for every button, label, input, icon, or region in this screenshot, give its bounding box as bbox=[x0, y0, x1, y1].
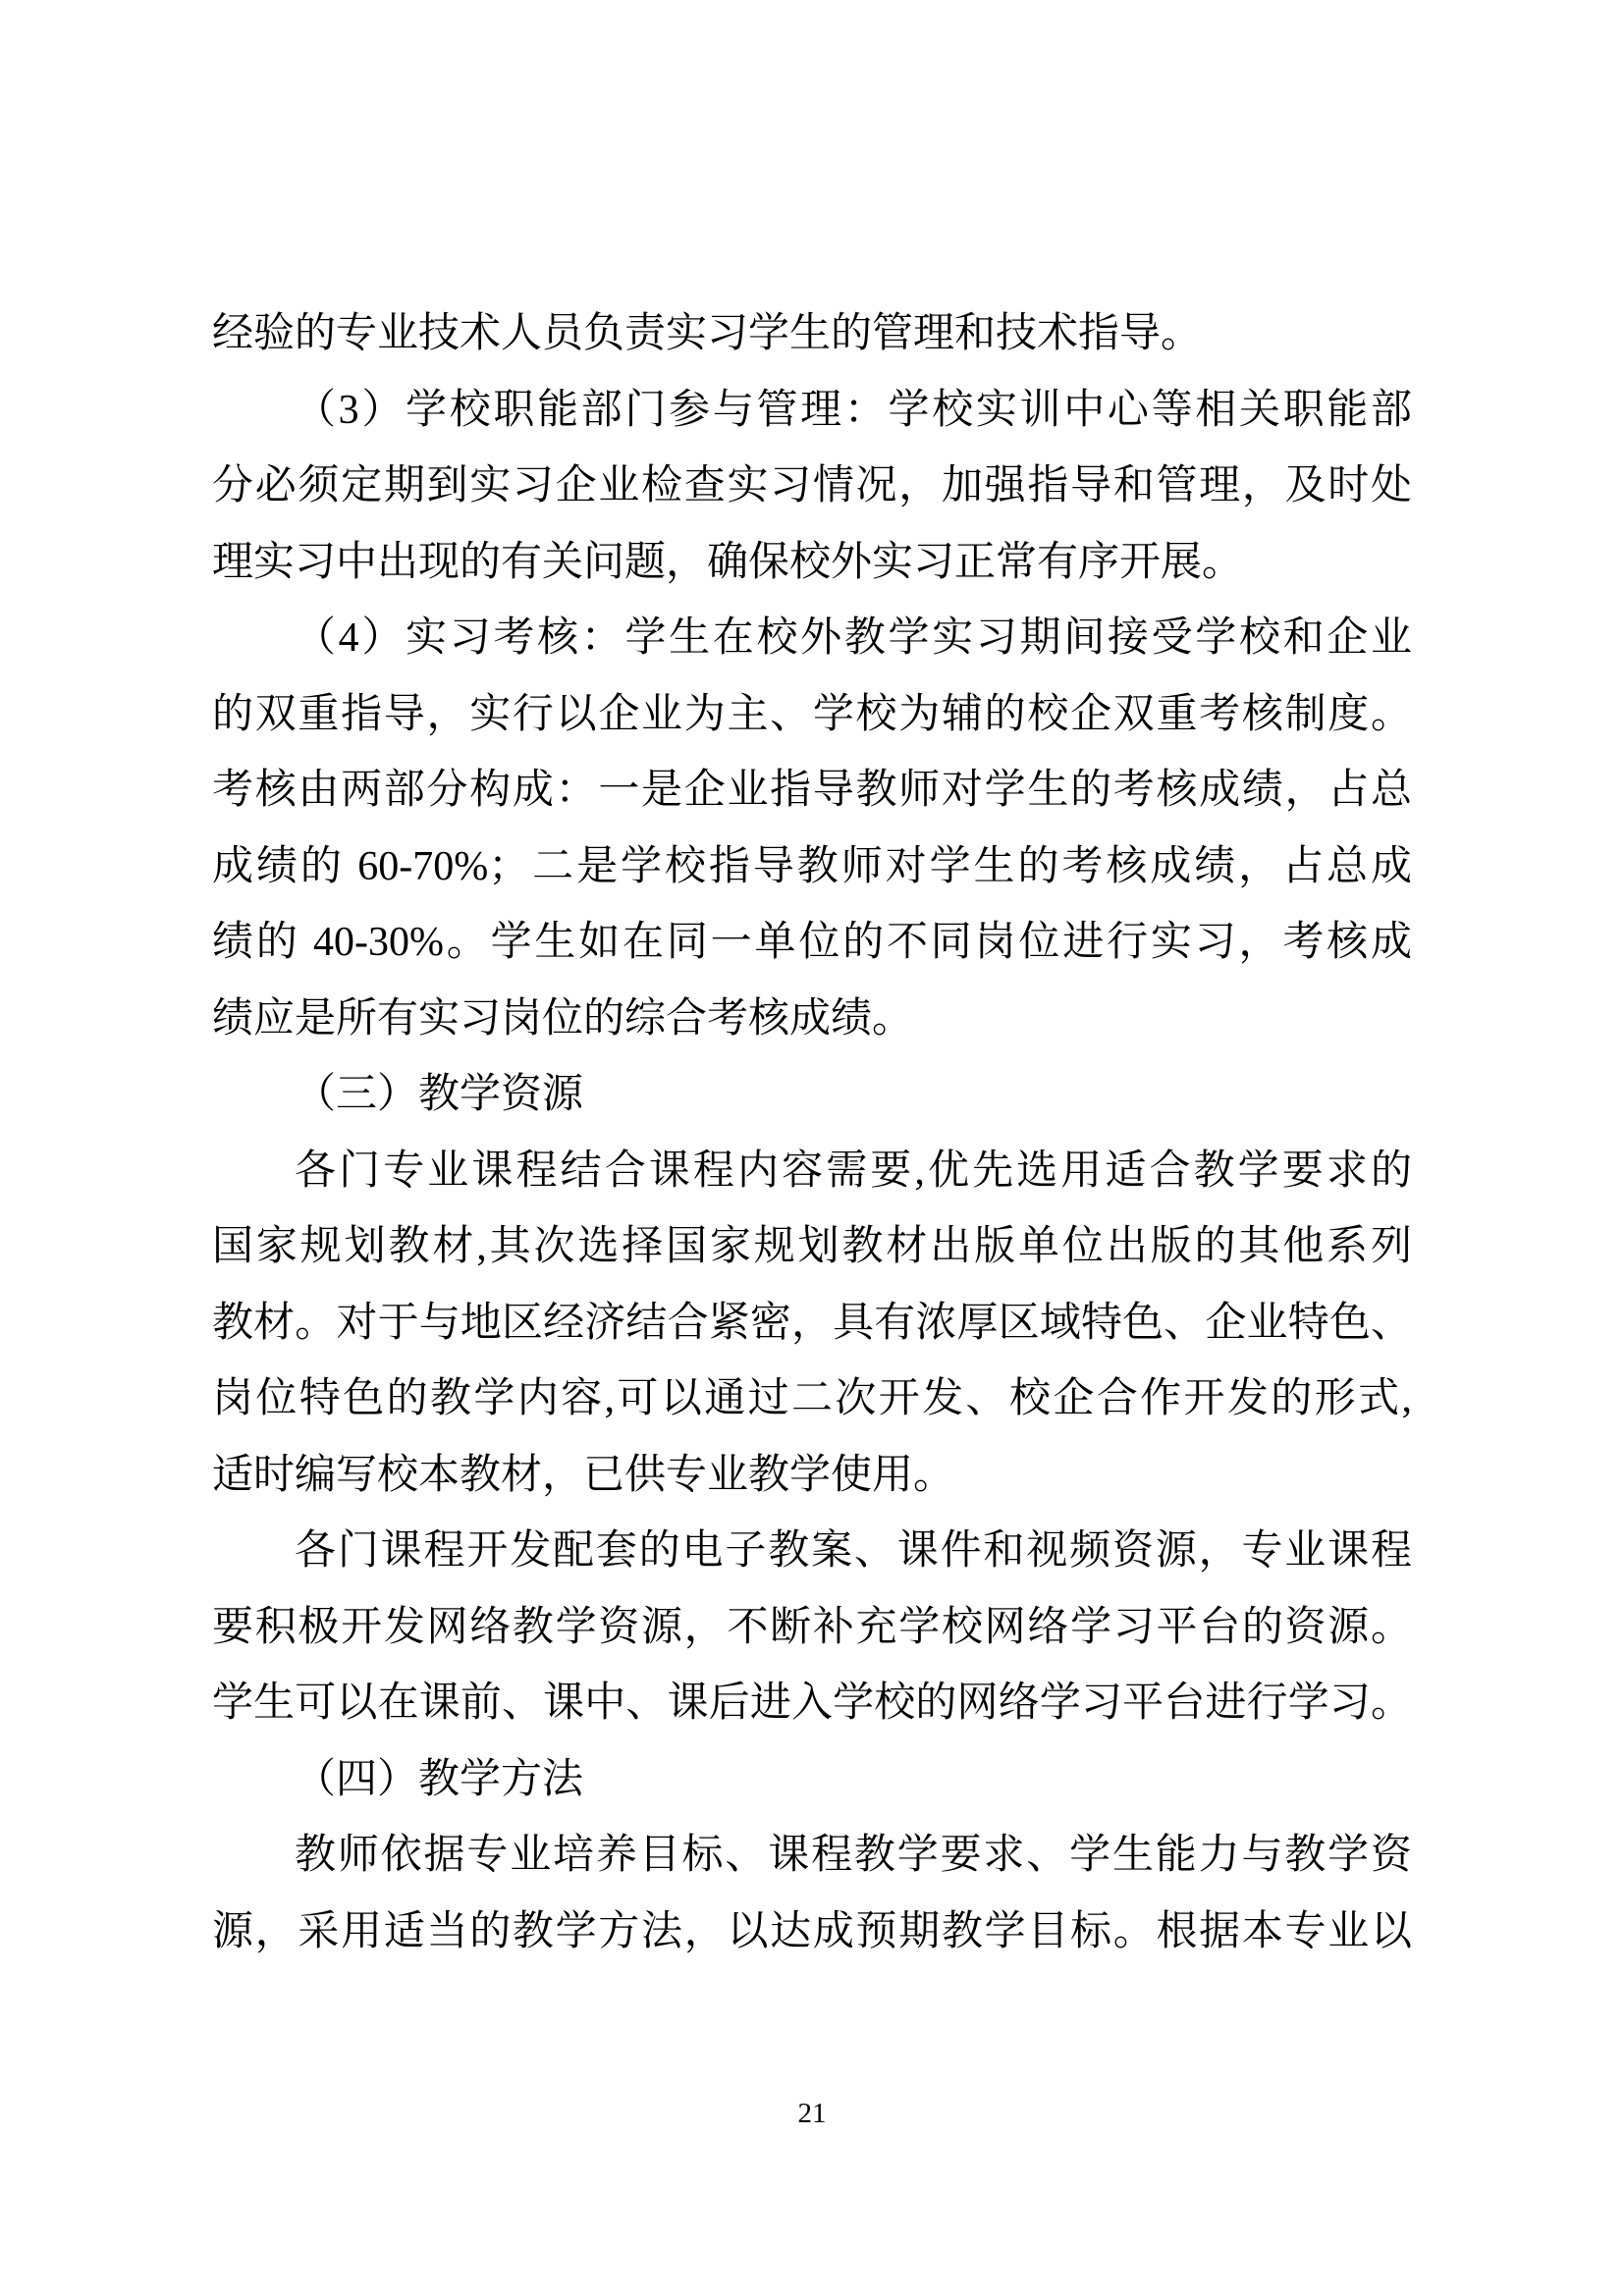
text-line: 的双重指导，实行以企业为主、学校为辅的校企双重考核制度。 bbox=[212, 677, 1412, 754]
text-line: 理实习中出现的有关问题，确保校外实习正常有序开展。 bbox=[212, 525, 1412, 602]
text-line: 岗位特色的教学内容,可以通过二次开发、校企合作开发的形式, bbox=[212, 1362, 1412, 1438]
text-line: 考核由两部分构成：一是企业指导教师对学生的考核成绩，占总 bbox=[212, 753, 1412, 829]
text-line: 各门课程开发配套的电子教案、课件和视频资源，专业课程 bbox=[212, 1514, 1412, 1590]
text-line: 源，采用适当的教学方法，以达成预期教学目标。根据本专业以 bbox=[212, 1895, 1412, 1971]
text-line: 教师依据专业培养目标、课程教学要求、学生能力与教学资 bbox=[212, 1818, 1412, 1895]
text-line: 绩的 40-30%。学生如在同一单位的不同岗位进行实习，考核成 bbox=[212, 905, 1412, 982]
text-line: 绩应是所有实习岗位的综合考核成绩。 bbox=[212, 982, 1412, 1058]
text-line: 适时编写校本教材，已供专业教学使用。 bbox=[212, 1438, 1412, 1515]
text-line: 国家规划教材,其次选择国家规划教材出版单位出版的其他系列 bbox=[212, 1209, 1412, 1286]
document-body: 经验的专业技术人员负责实习学生的管理和技术指导。（3）学校职能部门参与管理：学校… bbox=[212, 296, 1412, 1970]
text-line: 经验的专业技术人员负责实习学生的管理和技术指导。 bbox=[212, 296, 1412, 373]
text-line: （4）实习考核：学生在校外教学实习期间接受学校和企业 bbox=[212, 601, 1412, 677]
text-line: （3）学校职能部门参与管理：学校实训中心等相关职能部 bbox=[212, 373, 1412, 450]
text-line: 要积极开发网络教学资源，不断补充学校网络学习平台的资源。 bbox=[212, 1590, 1412, 1667]
text-line: （四）教学方法 bbox=[212, 1742, 1412, 1819]
text-line: 各门专业课程结合课程内容需要,优先选用适合教学要求的 bbox=[212, 1134, 1412, 1210]
text-line: 成绩的 60-70%；二是学校指导教师对学生的考核成绩，占总成 bbox=[212, 829, 1412, 906]
text-line: 学生可以在课前、课中、课后进入学校的网络学习平台进行学习。 bbox=[212, 1666, 1412, 1742]
page-number: 21 bbox=[798, 2098, 827, 2129]
text-line: 教材。对于与地区经济结合紧密，具有浓厚区域特色、企业特色、 bbox=[212, 1286, 1412, 1362]
document-page: 经验的专业技术人员负责实习学生的管理和技术指导。（3）学校职能部门参与管理：学校… bbox=[0, 0, 1624, 2296]
text-line: 分必须定期到实习企业检查实习情况，加强指导和管理，及时处 bbox=[212, 449, 1412, 525]
page-footer: 21 bbox=[212, 2097, 1412, 2130]
text-line: （三）教学资源 bbox=[212, 1057, 1412, 1134]
